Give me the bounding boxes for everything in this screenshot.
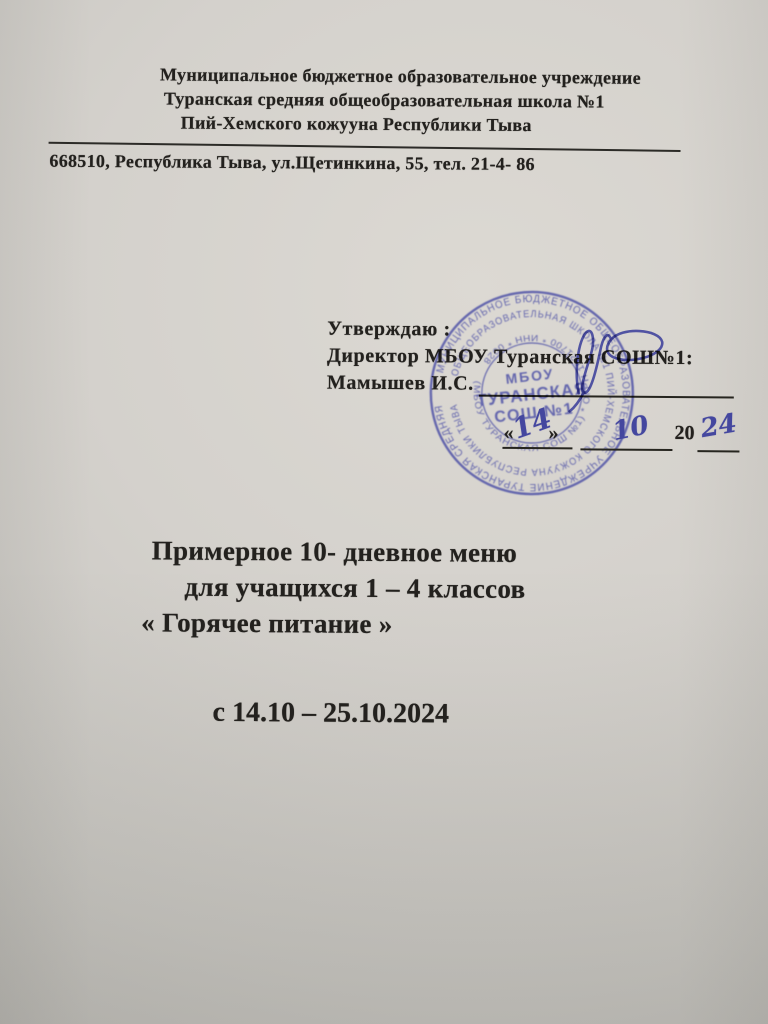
document-page: Муниципальное бюджетное образовательное … — [0, 0, 768, 1024]
signature-zigzag-stroke — [577, 331, 612, 394]
org-name-line-3: Пий-Хемского кожууна Республики Тыва — [181, 113, 532, 136]
signature-tail-stroke — [570, 392, 584, 411]
handwritten-year: 24 — [698, 409, 739, 445]
org-name-line-1: Муниципальное бюджетное образовательное … — [160, 64, 641, 88]
org-name-line-2: Туранская средняя общеобразовательная шк… — [164, 88, 605, 112]
menu-title-line-3: « Горячее питание » — [141, 607, 393, 640]
year-underline — [697, 450, 739, 452]
signature-loop-stroke — [607, 331, 662, 361]
date-close-quote: » — [548, 422, 558, 445]
menu-title-line-2: для учащихся 1 – 4 классов — [184, 572, 525, 605]
address-line: 668510, Республика Тыва, ул.Щетинкина, 5… — [49, 151, 535, 175]
period-line: с 14.10 – 25.10.2024 — [212, 697, 449, 731]
menu-title-line-1: Примерное 10- дневное меню — [152, 535, 518, 569]
director-signature — [556, 301, 757, 427]
year-prefix: 20 — [674, 422, 694, 445]
